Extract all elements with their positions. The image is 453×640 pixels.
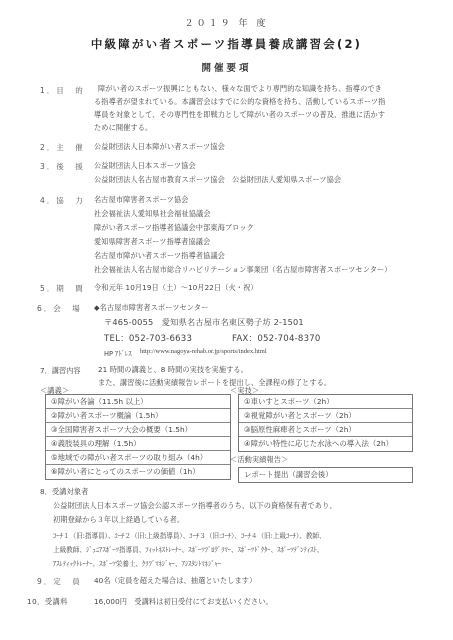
cooperation-line: 名古屋市障がい者スポーツ指導者協議会 (94, 251, 225, 261)
document-title: 中級障がい者スポーツ指導員養成講習会(2) (0, 36, 453, 52)
report-heading: ＜活動実績報告＞ (230, 455, 288, 465)
lecture-item: ⑤地域での障がい者スポーツの取り組み（4h） (46, 451, 230, 465)
section-content-label: 7．講習内容 (40, 366, 81, 376)
host-value: 公益財団法人日本障がい者スポーツ協会 (94, 142, 225, 152)
section-eligibility-label: 8．受講対象者 (40, 487, 88, 497)
practical-list: ①車いすとスポーツ（2h） ②視覚障がい者とスポーツ（2h） ③脳原性麻痺者とス… (238, 394, 413, 452)
eligibility-qualifications: ｱｽﾚﾃｨｯｸﾄﾚｰﾅｰ、ｽﾎﾟｰﾂ栄養士、ｸﾗﾌﾞﾏﾈｼﾞｬｰ、ｱｼｽﾀﾝﾄﾏ… (53, 558, 221, 568)
section-period-label: 5．期 間 (40, 283, 85, 294)
venue-name: ◆名古屋市障害者スポーツセンター (94, 303, 208, 313)
purpose-line: 障がい者のスポーツ振興にともない、様々な面でより専門的な知識を持ち、指導のでき (98, 84, 382, 94)
cooperation-line: 愛知県障害者スポーツ指導者協議会 (94, 237, 210, 247)
section-venue-label: 6．会 場 (37, 303, 82, 314)
content-line: また、講習後に活動実績報告レポートを提出し、全課程の修了とする。 (98, 378, 331, 388)
purpose-line: ために開催する。 (94, 123, 152, 133)
venue-address: 〒465-0055 愛知県名古屋市名東区勢子坊 2-1501 (104, 317, 304, 328)
section-cooperation-label: 4．協 力 (40, 195, 85, 206)
section-support-label: 3．後 援 (40, 161, 85, 172)
period-value: 令和元年 10月19日（土）～10月22日（火・祝） (94, 283, 258, 293)
cooperation-line: 社会福祉法人愛知県社会福祉協議会 (94, 209, 211, 219)
venue-url-link[interactable]: http://www.nagoya-rehab.or.jp/sports/ind… (140, 348, 267, 355)
eligibility-line: 初期登録から３年以上経過している者。 (53, 515, 184, 525)
fee-value: 16,000円 受講料は初日受付にてお支払いください。 (94, 597, 273, 607)
section-purpose-label: 1．目 的 (40, 85, 85, 96)
practical-item: ②視覚障がい者とスポーツ（2h） (239, 409, 412, 423)
support-line: 公益財団法人日本スポーツ協会 (94, 161, 196, 171)
section-fee-label: 10．受講料 (27, 597, 68, 607)
venue-fax: FAX：052-704-8370 (232, 332, 321, 344)
lecture-item: ④義肢装具の理解（1.5h） (46, 437, 230, 451)
section-host-label: 2．主 催 (40, 142, 85, 153)
content-line: 21 時間の講義と、8 時間の実技を実施する。 (98, 365, 248, 375)
eligibility-line: 公益財団法人日本スポーツ協会公認スポーツ指導者のうち、以下の資格保有者であり、 (53, 501, 337, 511)
capacity-value: 40名（定員を超えた場合は、抽選といたします） (94, 576, 256, 586)
lecture-item: ⑥障がい者にとってのスポーツの価値（1h） (46, 465, 230, 479)
practical-item: ④障がい特性に応じた水泳への導入法（2h） (239, 437, 412, 451)
venue-tel: TEL：052-703-6633 (104, 332, 192, 344)
document-subtitle: 開催要項 (0, 60, 453, 74)
eligibility-qualifications: ｺｰﾁ１（旧:指導員）、ｺｰﾁ２（旧:上級指導員）、ｺｰﾁ３（旧:ｺｰﾁ）、ｺｰ… (53, 530, 326, 540)
cooperation-line: 名古屋市障害者スポーツ協会 (94, 195, 188, 205)
lecture-item: ③全国障害者スポーツ大会の概要（1.5h） (46, 423, 230, 437)
lecture-item: ②障がい者スポーツ概論（1.5h） (46, 409, 230, 423)
lecture-item: ①障がい各論（11.5h 以上） (46, 395, 230, 409)
practical-item: ③脳原性麻痺者とスポーツ（2h） (239, 423, 412, 437)
purpose-line: 導員を対象として、その専門性を即戦力として障がい者のスポーツの普及、推進に活かす (94, 110, 385, 120)
practical-item: ①車いすとスポーツ（2h） (239, 395, 412, 409)
lecture-list: ①障がい各論（11.5h 以上） ②障がい者スポーツ概論（1.5h） ③全国障害… (45, 394, 231, 480)
fiscal-year: ２０１９ 年 度 (0, 16, 453, 29)
section-capacity-label: 9．定 員 (37, 576, 82, 587)
purpose-line: る指導者が望まれている。本講習会はすでに公的な資格を持ち、活動しているスポーツ指 (94, 97, 385, 107)
report-item: レポート提出（講習会後） (239, 468, 412, 482)
report-box: レポート提出（講習会後） (238, 467, 413, 483)
support-line: 公益財団法人名古屋市教育スポーツ協会 公益財団法人愛知県スポーツ協会 (94, 175, 341, 185)
cooperation-line: 障がい者スポーツ指導者協議会中部東海ブロック (94, 223, 254, 233)
venue-hp-label: HP ｱﾄﾞﾚｽ (104, 348, 132, 358)
cooperation-line: 社会福祉法人名古屋市総合リハビリテーション事業団（名古屋市障害者スポーツセンター… (94, 265, 392, 275)
eligibility-qualifications: 上級教師、ｼﾞｭﾆｱｽﾎﾟｰﾂ指導員、ﾌｨｯﾄﾈｽﾄﾚｰﾅｰ、ｽﾎﾟｰﾂﾌﾟﾛｸ… (53, 544, 323, 554)
